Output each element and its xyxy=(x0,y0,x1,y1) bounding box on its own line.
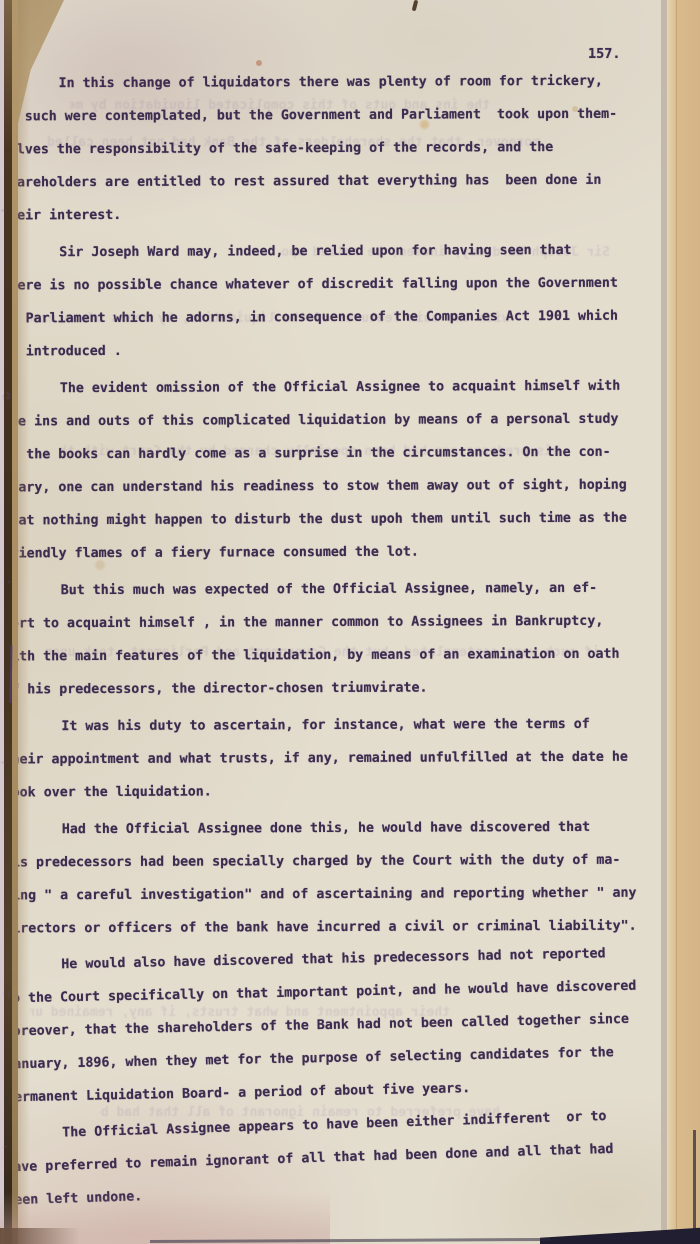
text-line: their interest. xyxy=(1,197,656,233)
text-line: if such were contemplated, but the Gover… xyxy=(1,98,656,134)
text-line: their appointment and what trusts, if an… xyxy=(3,741,658,777)
text-line: It was his duty to ascertain, for instan… xyxy=(3,708,658,744)
text-line: he introduced . xyxy=(2,333,657,369)
paragraph: It was his duty to ascertain, for instan… xyxy=(3,708,658,810)
text-line: shareholders are entitled to rest assure… xyxy=(1,164,656,200)
text-line: selves the responsibility of the safe-ke… xyxy=(1,131,656,167)
text-line: king " a careful investigation" and of a… xyxy=(4,877,659,913)
ink-speck xyxy=(412,0,419,11)
text-line: that nothing might happen to disturb the… xyxy=(2,502,657,538)
binding-shadow xyxy=(18,0,30,1244)
text-line: or Parliament which he adorns, in conseq… xyxy=(2,300,657,336)
ink-mark: .; xyxy=(1,987,12,997)
bottom-left-corner-stain xyxy=(0,1228,80,1244)
document-body: In this change of liquidators there was … xyxy=(0,65,660,1222)
text-line: Sir Joseph Ward may, indeed, be relied u… xyxy=(1,234,656,270)
stain-dot xyxy=(256,60,262,66)
paper-sheet: the ins and outs of this complicated liq… xyxy=(0,0,661,1244)
text-line: of his predecessors, the director-chosen… xyxy=(3,671,658,707)
text-line: of the books can hardly come as a surpri… xyxy=(2,436,657,472)
text-line: But this much was expected of the Offici… xyxy=(3,572,658,608)
text-line: trary, one can understand his readiness … xyxy=(2,469,657,505)
paragraph: He would also have discovered that his p… xyxy=(3,936,661,1114)
paragraph: But this much was expected of the Offici… xyxy=(3,572,659,707)
text-line: took over the liquidation. xyxy=(4,774,659,810)
binding-edge-dark xyxy=(4,0,12,1244)
text-line: the ins and outs of this complicated liq… xyxy=(2,403,657,439)
paragraph: Sir Joseph Ward may, indeed, be relied u… xyxy=(1,234,657,369)
text-line: there is no possible chance whatever of … xyxy=(1,267,656,303)
paragraph: The evident omission of the Official Ass… xyxy=(2,370,658,571)
page-edge-stripe xyxy=(676,0,677,1244)
text-line: In this change of liquidators there was … xyxy=(0,65,655,101)
text-line: The evident omission of the Official Ass… xyxy=(2,370,657,406)
text-line: with the main features of the liquidatio… xyxy=(3,638,658,674)
text-line: fort to acquaint himself , in the manner… xyxy=(3,605,658,641)
scanned-document-page: { "document": { "page_number": "157.", "… xyxy=(0,0,700,1244)
text-line: friendly flames of a fiery furnace consu… xyxy=(3,535,658,571)
text-line: his predecessors had been specially char… xyxy=(4,844,659,880)
underlying-page-edge xyxy=(667,0,700,1244)
page-edge-shadow xyxy=(693,1130,696,1244)
paragraph: Had the Official Assignee done this, he … xyxy=(4,811,660,946)
ink-mark: ., xyxy=(2,575,12,585)
page-number: 157. xyxy=(588,46,621,62)
text-line: Had the Official Assignee done this, he … xyxy=(4,811,659,847)
ink-mark: :2 xyxy=(0,391,11,401)
paragraph: In this change of liquidators there was … xyxy=(0,65,656,233)
